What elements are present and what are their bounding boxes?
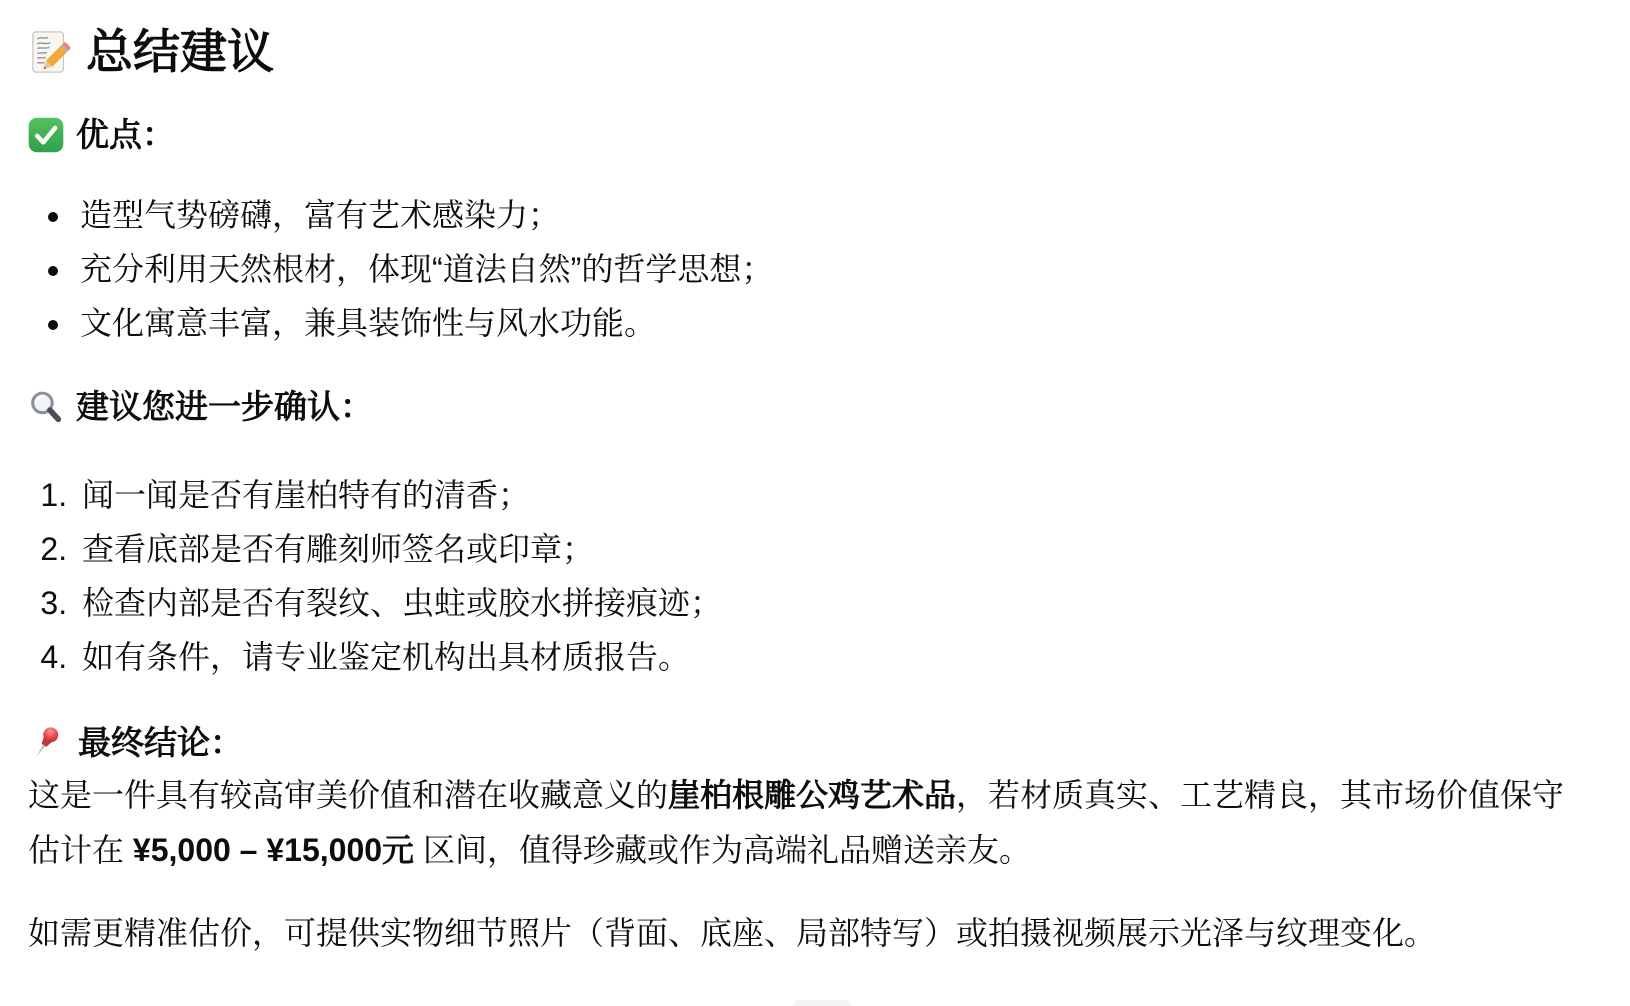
list-item: 查看底部是否有雕刻师签名或印章；	[76, 522, 1566, 576]
list-item: 充分利用天然根材，体现“道法自然”的哲学思想；	[74, 242, 1566, 296]
cutoff-artifact	[793, 1000, 851, 1006]
confirm-list: 闻一闻是否有崖柏特有的清香； 查看底部是否有雕刻师签名或印章； 检查内部是否有裂…	[28, 468, 1566, 684]
conclusion-heading-text: 最终结论：	[78, 722, 243, 764]
confirm-heading: 建议您进一步确认：	[28, 386, 1566, 428]
advantages-heading: 优点：	[28, 114, 1566, 156]
list-item: 检查内部是否有裂纹、虫蛀或胶水拼接痕迹；	[76, 576, 1566, 630]
list-item: 文化寓意丰富，兼具装饰性与风水功能。	[74, 296, 1566, 350]
list-item: 造型气势磅礴，富有艺术感染力；	[74, 188, 1566, 242]
page-title-text: 总结建议	[86, 26, 274, 78]
magnifying-glass-icon	[28, 389, 64, 425]
confirm-heading-text: 建议您进一步确认：	[76, 386, 373, 428]
list-item: 闻一闻是否有崖柏特有的清香；	[76, 468, 1566, 522]
document: 总结建议 优点： 造型气势磅礴，富有艺术感染力； 充分利用天然根材，体现“道法自…	[28, 26, 1566, 961]
conclusion-paragraph: 这是一件具有较高审美价值和潜在收藏意义的崖柏根雕公鸡艺术品，若材质真实、工艺精良…	[28, 768, 1566, 878]
list-item: 如有条件，请专业鉴定机构出具材质报告。	[76, 630, 1566, 684]
advantages-heading-text: 优点：	[76, 114, 175, 156]
conclusion-text: 这是一件具有较高审美价值和潜在收藏意义的	[28, 777, 668, 813]
page-title: 总结建议	[28, 26, 1566, 78]
advantages-list: 造型气势磅礴，富有艺术感染力； 充分利用天然根材，体现“道法自然”的哲学思想； …	[28, 188, 1566, 350]
conclusion-text: 区间，值得珍藏或作为高端礼品赠送亲友。	[414, 832, 1031, 868]
conclusion-bold-price: ¥5,000 – ¥15,000元	[133, 832, 414, 868]
conclusion-bold-artwork: 崖柏根雕公鸡艺术品	[668, 777, 956, 813]
footer-paragraph: 如需更精准估价，可提供实物细节照片（背面、底座、局部特写）或拍摄视频展示光泽与纹…	[28, 906, 1566, 961]
check-mark-icon	[28, 117, 64, 153]
conclusion-heading: 最终结论：	[28, 722, 1566, 764]
memo-icon	[28, 30, 72, 74]
pushpin-icon	[28, 724, 66, 762]
